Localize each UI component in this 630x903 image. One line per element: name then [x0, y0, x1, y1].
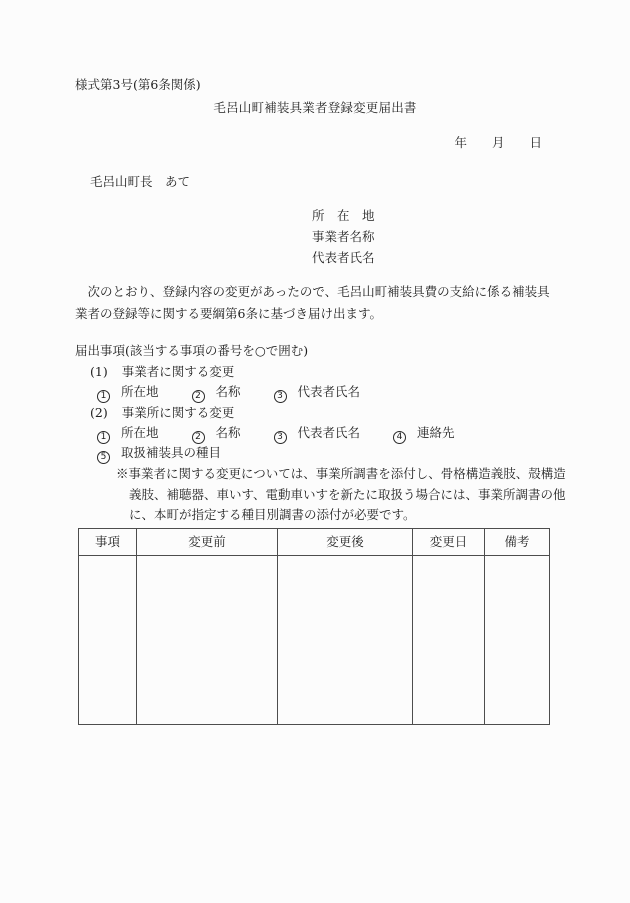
circled-number-3: 3 [274, 431, 287, 444]
body-paragraph: 次のとおり、登録内容の変更があったので、毛呂山町補装具費の支給に係る補装具業者の… [75, 281, 559, 325]
item-2-options-line: 1所在地 2名称 3代表者氏名 4連絡先 [97, 426, 455, 444]
document-page: 様式第3号(第6条関係) 毛呂山町補装具業者登録変更届出書 年 月 日 毛呂山町… [0, 0, 630, 903]
option-label: 連絡先 [417, 425, 455, 440]
item2-option-representative: 3代表者氏名 [274, 426, 361, 444]
item2-option-contact: 4連絡先 [393, 426, 455, 444]
item-1-line: (1)事業者に関する変更 [90, 365, 234, 379]
item-2-line: (2)事業所に関する変更 [90, 406, 234, 420]
header-remarks: 備考 [485, 529, 550, 556]
applicant-representative-label: 代表者氏名 [312, 251, 375, 272]
option-label: 名称 [216, 384, 241, 399]
date-line: 年 月 日 [454, 136, 542, 150]
option-label: 代表者氏名 [298, 425, 361, 440]
cell-change-date [413, 556, 485, 725]
item-2-options-line-2: 5取扱補装具の種目 [97, 446, 221, 464]
addressee-line: 毛呂山町長 あて [90, 175, 190, 189]
option-label: 代表者氏名 [298, 384, 361, 399]
header-item: 事項 [79, 529, 137, 556]
header-before-change: 変更前 [137, 529, 278, 556]
cell-after-change [278, 556, 413, 725]
item-1-label: 事業者に関する変更 [122, 364, 235, 379]
cell-before-change [137, 556, 278, 725]
item2-option-name: 2名称 [192, 426, 241, 444]
circled-number-2: 2 [192, 431, 205, 444]
item-1-number: (1) [90, 365, 108, 379]
circled-number-5: 5 [97, 451, 110, 464]
option-label: 取扱補装具の種目 [121, 445, 221, 460]
circled-number-3: 3 [274, 390, 287, 403]
table-header-row: 事項 変更前 変更後 変更日 備考 [79, 529, 550, 556]
option-label: 所在地 [121, 425, 159, 440]
change-table: 事項 変更前 変更後 変更日 備考 [78, 528, 550, 725]
attachment-note: ※事業者に関する変更については、事業所調書を添付し、骨格構造義肢、殻構造義肢、補… [116, 464, 575, 526]
circled-number-4: 4 [393, 431, 406, 444]
circled-number-2: 2 [192, 390, 205, 403]
document-title: 毛呂山町補装具業者登録変更届出書 [0, 101, 630, 115]
option-label: 名称 [216, 425, 241, 440]
item2-option-location: 1所在地 [97, 426, 159, 444]
circled-number-1: 1 [97, 390, 110, 403]
cell-remarks [485, 556, 550, 725]
item1-option-representative: 3代表者氏名 [274, 385, 361, 403]
item-1-options-line: 1所在地 2名称 3代表者氏名 [97, 385, 360, 403]
header-after-change: 変更後 [278, 529, 413, 556]
applicant-business-name-label: 事業者名称 [312, 230, 375, 251]
header-change-date: 変更日 [413, 529, 485, 556]
item1-option-location: 1所在地 [97, 385, 159, 403]
cell-item [79, 556, 137, 725]
form-number: 様式第3号(第6条関係) [75, 78, 201, 92]
notification-heading: 届出事項(該当する事項の番号を○で囲む) [75, 344, 308, 358]
item-2-number: (2) [90, 406, 108, 420]
applicant-block: 所 在 地 事業者名称 代表者氏名 [312, 209, 375, 272]
item-2-label: 事業所に関する変更 [122, 405, 235, 420]
table-row [79, 556, 550, 725]
item2-option-device-types: 5取扱補装具の種目 [97, 446, 221, 464]
option-label: 所在地 [121, 384, 159, 399]
circled-number-1: 1 [97, 431, 110, 444]
item1-option-name: 2名称 [192, 385, 241, 403]
applicant-location-label: 所 在 地 [312, 209, 375, 230]
